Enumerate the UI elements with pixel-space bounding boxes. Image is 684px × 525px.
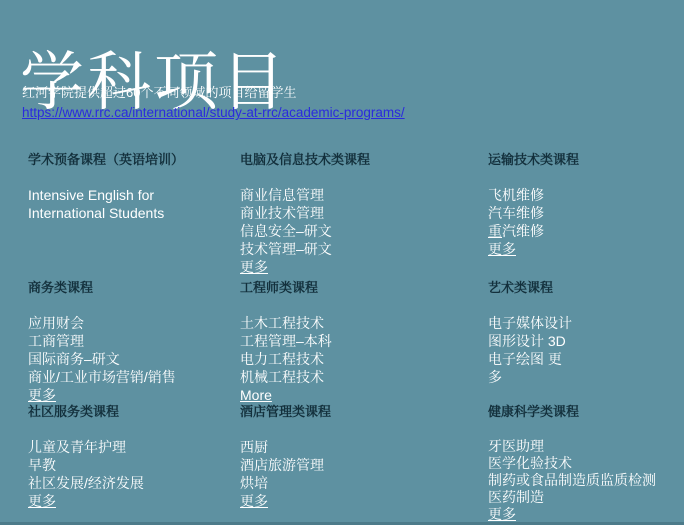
more-link[interactable]: 更多	[28, 492, 56, 510]
program-item: 烘培	[240, 474, 482, 492]
program-item: 儿童及青年护理	[28, 438, 234, 456]
section-title-engineering: 工程师类课程	[240, 279, 482, 297]
section-community-services: 社区服务类课程儿童及青年护理早教社区发展/经济发展更多	[28, 403, 234, 510]
program-item: 信息安全–研文	[240, 222, 482, 240]
section-title-arts: 艺术类课程	[488, 279, 680, 297]
programs-link[interactable]: https://www.rrc.ca/international/study-a…	[22, 104, 405, 121]
section-items: 商业信息管理商业技术管理信息安全–研文技术管理–研文更多	[240, 186, 482, 276]
section-transportation: 运输技术类课程飞机维修汽车维修重汽维修更多	[488, 151, 680, 258]
program-item: 多	[488, 368, 680, 386]
program-item: 酒店旅游管理	[240, 456, 482, 474]
program-item: 商业/工业市场营销/销售	[28, 368, 234, 386]
section-business: 商务类课程应用财会工商管理国际商务–研文商业/工业市场营销/销售更多	[28, 279, 234, 404]
more-link[interactable]: More	[240, 386, 272, 404]
section-items: 西厨酒店旅游管理烘培更多	[240, 438, 482, 510]
program-item: Intensive English for	[28, 186, 234, 204]
section-items: 应用财会工商管理国际商务–研文商业/工业市场营销/销售更多	[28, 314, 234, 404]
slide: 学科项目 红河学院提供超过60个不同领域的项目给留学生 https://www.…	[0, 0, 684, 525]
program-item: 国际商务–研文	[28, 350, 234, 368]
section-title-academic-prep: 学术预备课程（英语培训）	[28, 151, 234, 169]
section-hospitality: 酒店管理类课程西厨酒店旅游管理烘培更多	[240, 403, 482, 510]
section-items: 牙医助理医学化验技术制药或食品制造质监质检测医药制造更多	[488, 438, 680, 523]
program-item: 医药制造	[488, 489, 680, 506]
program-item: 社区发展/经济发展	[28, 474, 234, 492]
section-title-hospitality: 酒店管理类课程	[240, 403, 482, 421]
section-items: 电子媒体设计图形设计 3D电子绘图 更多	[488, 314, 680, 386]
more-link[interactable]: 更多	[240, 492, 268, 510]
section-title-business: 商务类课程	[28, 279, 234, 297]
section-title-computer-it: 电脑及信息技术类课程	[240, 151, 482, 169]
program-item: 飞机维修	[488, 186, 680, 204]
program-item: 工程管理–本科	[240, 332, 482, 350]
section-engineering: 工程师类课程土木工程技术工程管理–本科电力工程技术机械工程技术More	[240, 279, 482, 404]
underlined-char: 重	[488, 223, 502, 239]
program-item: 技术管理–研文	[240, 240, 482, 258]
program-item: 电子媒体设计	[488, 314, 680, 332]
program-item: 电力工程技术	[240, 350, 482, 368]
program-item: International Students	[28, 204, 234, 222]
section-health-sciences: 健康科学类课程牙医助理医学化验技术制药或食品制造质监质检测医药制造更多	[488, 403, 680, 523]
more-link[interactable]: 更多	[488, 240, 516, 258]
program-item: 重汽维修	[488, 222, 680, 240]
section-items: 土木工程技术工程管理–本科电力工程技术机械工程技术More	[240, 314, 482, 404]
program-item: 机械工程技术	[240, 368, 482, 386]
program-item: 早教	[28, 456, 234, 474]
section-academic-prep: 学术预备课程（英语培训）Intensive English forInterna…	[28, 151, 234, 222]
page-subtitle: 红河学院提供超过60个不同领域的项目给留学生	[22, 84, 296, 101]
program-item: 电子绘图 更	[488, 350, 680, 368]
program-item: 医学化验技术	[488, 455, 680, 472]
section-title-community-services: 社区服务类课程	[28, 403, 234, 421]
section-items: 飞机维修汽车维修重汽维修更多	[488, 186, 680, 258]
section-items: Intensive English forInternational Stude…	[28, 186, 234, 222]
section-title-health-sciences: 健康科学类课程	[488, 403, 680, 421]
section-computer-it: 电脑及信息技术类课程商业信息管理商业技术管理信息安全–研文技术管理–研文更多	[240, 151, 482, 276]
program-item: 西厨	[240, 438, 482, 456]
more-link[interactable]: 更多	[28, 386, 56, 404]
program-item: 制药或食品制造质监质检测	[488, 472, 680, 489]
program-item: 图形设计 3D	[488, 332, 680, 350]
program-item: 商业信息管理	[240, 186, 482, 204]
program-item: 汽车维修	[488, 204, 680, 222]
program-item: 应用财会	[28, 314, 234, 332]
section-items: 儿童及青年护理早教社区发展/经济发展更多	[28, 438, 234, 510]
more-link[interactable]: 更多	[240, 258, 268, 276]
program-item: 土木工程技术	[240, 314, 482, 332]
section-title-transportation: 运输技术类课程	[488, 151, 680, 169]
section-arts: 艺术类课程电子媒体设计图形设计 3D电子绘图 更多	[488, 279, 680, 386]
more-link[interactable]: 更多	[488, 506, 516, 523]
program-item: 工商管理	[28, 332, 234, 350]
program-item: 牙医助理	[488, 438, 680, 455]
program-item: 商业技术管理	[240, 204, 482, 222]
